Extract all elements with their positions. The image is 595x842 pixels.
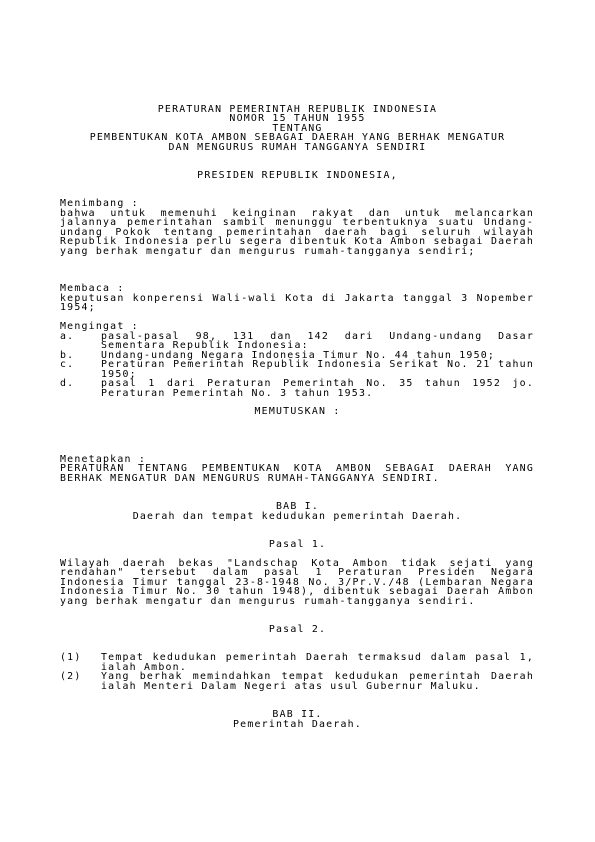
mengingat-item-line: Peraturan Pemerintah No. 3 tahun 1953. xyxy=(101,389,373,399)
president-heading: PRESIDEN REPUBLIK INDONESIA, xyxy=(0,171,595,181)
mengingat-item-line: Peraturan Pemerintah Republik Indonesia … xyxy=(101,360,534,370)
pasal-2-item-line: ialah Menteri Dalam Negeri atas usul Gub… xyxy=(101,682,481,692)
document-subject-line-2: DAN MENGURUS RUMAH TANGGANYA SENDIRI xyxy=(0,143,595,153)
pasal-1-line: yang berhak mengatur dan mengurus rumah-… xyxy=(60,597,476,607)
pasal-2-marker: (2) xyxy=(60,672,82,682)
memutuskan-heading: MEMUTUSKAN : xyxy=(0,407,595,417)
bab-2-subtitle: Pemerintah Daerah. xyxy=(0,720,595,730)
menimbang-line: yang berhak mengatur dan mengurus rumah-… xyxy=(60,247,476,257)
bab-1-subtitle: Daerah dan tempat kedudukan pemerintah D… xyxy=(0,512,595,522)
document-page: PERATURAN PEMERINTAH REPUBLIK INDONESIA … xyxy=(0,0,595,842)
mengingat-marker: c. xyxy=(60,360,74,370)
pasal-2-marker: (1) xyxy=(60,653,82,663)
pasal-1-heading: Pasal 1. xyxy=(0,540,595,550)
pasal-2-heading: Pasal 2. xyxy=(0,625,595,635)
mengingat-marker: a. xyxy=(60,332,74,342)
mengingat-marker: d. xyxy=(60,379,74,389)
membaca-line: keputusan konperensi Wali-wali Kota di J… xyxy=(60,294,534,304)
menetapkan-line: BERHAK MENGATUR DAN MENGURUS RUMAH-TANGG… xyxy=(60,474,440,484)
membaca-line: 1954; xyxy=(60,303,96,313)
